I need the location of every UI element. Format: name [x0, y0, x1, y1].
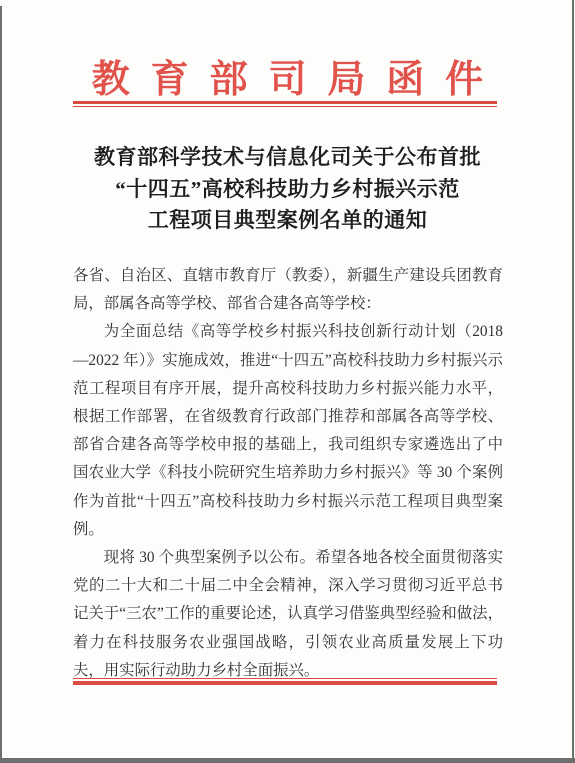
letterhead-divider-rule — [73, 101, 497, 107]
salutation: 各省、自治区、直辖市教育厅（教委），新疆生产建设兵团教育局，部属各高等学校、部省… — [73, 262, 503, 318]
paragraph: 为全面总结《高等学校乡村振兴科技创新行动计划（2018—2022 年）》实施成效… — [73, 318, 503, 544]
document-title-line-1: 教育部科学技术与信息化司关于公布首批 — [40, 142, 535, 174]
scan-edge-bottom — [0, 758, 575, 763]
divider-thick-line — [73, 681, 497, 685]
scan-edge-right — [572, 0, 574, 763]
scan-edge-left — [0, 6, 2, 763]
divider-thin-line — [73, 106, 497, 107]
document-body: 各省、自治区、直辖市教育厅（教委），新疆生产建设兵团教育局，部属各高等学校、部省… — [73, 262, 503, 685]
scanned-document-page: 教育部司局函件 教育部科学技术与信息化司关于公布首批 “十四五”高校科技助力乡村… — [0, 0, 575, 763]
document-title-line-2: “十四五”高校科技助力乡村振兴示范 — [40, 174, 535, 206]
footer-divider-rule — [73, 678, 497, 685]
document-title: 教育部科学技术与信息化司关于公布首批 “十四五”高校科技助力乡村振兴示范 工程项… — [40, 142, 535, 237]
document-title-line-3: 工程项目典型案例名单的通知 — [40, 205, 535, 237]
letterhead-title: 教育部司局函件 — [0, 48, 575, 103]
paragraph: 现将 30 个典型案例予以公布。希望各地各校全面贯彻落实党的二十大和二十届二中全… — [73, 544, 503, 685]
